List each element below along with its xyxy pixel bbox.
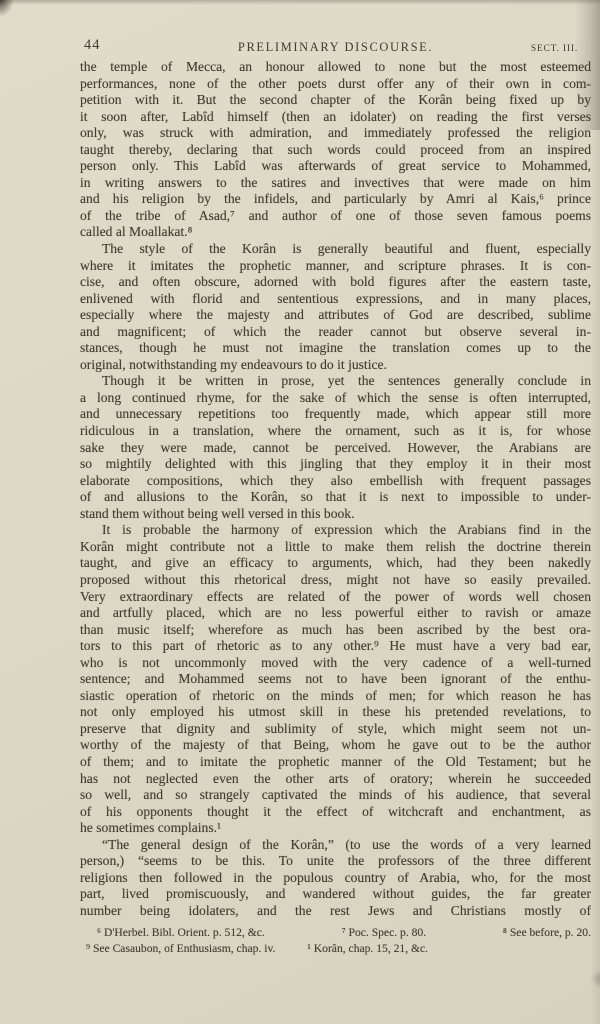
- body-text: the temple of Mecca, an honour allowed t…: [80, 59, 591, 919]
- text-line: elaborate compositions, which they also …: [80, 473, 591, 490]
- footnotes: ⁶ D'Herbel. Bibl. Orient. p. 512, &c. ⁷ …: [80, 925, 591, 957]
- text-line: he sometimes complains.¹: [80, 820, 591, 837]
- text-line: of the tribe of Asad,⁷ and author of one…: [80, 208, 591, 225]
- footnote: ⁸ See before, p. 20.: [503, 925, 591, 941]
- text-line: taught thereby, declaring that such word…: [80, 142, 591, 159]
- text-line: person,) “seems to be this. To unite the…: [80, 853, 591, 870]
- text-line: who is not uncommonly moved with the ver…: [80, 655, 591, 672]
- text-line: and artfully placed, which are no less p…: [80, 605, 591, 622]
- text-line: cise, and often obscure, adorned with bo…: [80, 274, 591, 291]
- text-line: and unnecessary repetitions too frequent…: [80, 406, 591, 423]
- text-line: in writing answers to the satires and in…: [80, 175, 591, 192]
- text-line: the temple of Mecca, an honour allowed t…: [80, 59, 591, 76]
- text-line: person only. This Labîd was afterwards o…: [80, 158, 591, 175]
- scan-patch-bottom-right: [586, 966, 600, 992]
- scan-smudge-top-left: [0, 0, 26, 30]
- text-line: worthy of the majesty of that Being, who…: [80, 737, 591, 754]
- text-line: not only employed his utmost skill in th…: [80, 704, 591, 721]
- text-line: siastic operation of rhetoric on the min…: [80, 688, 591, 705]
- text-line: of and allusions to the Korân, so that i…: [80, 489, 591, 506]
- text-line: proposed without this rhetorical dress, …: [80, 572, 591, 589]
- section-label: SECT. III.: [531, 44, 578, 54]
- text-line: number being idolaters, and the rest Jew…: [80, 903, 591, 920]
- footnote-row: ⁶ D'Herbel. Bibl. Orient. p. 512, &c. ⁷ …: [80, 925, 591, 941]
- text-line: and magnificent; of which the reader can…: [80, 324, 591, 341]
- text-line: preserve that dignity and sublimity of s…: [80, 721, 591, 738]
- footnote-row: ⁹ See Casaubon, of Enthusiasm, chap. iv.…: [80, 941, 591, 957]
- text-line: ridiculous in a translation, where the o…: [80, 423, 591, 440]
- text-line: Korân might contribute not a little to m…: [80, 539, 591, 556]
- text-line: it soon after, Labîd himself (then an id…: [80, 109, 591, 126]
- text-line: called al Moallakat.⁸: [80, 224, 591, 241]
- text-line: and his religion by the infidels, and pa…: [80, 191, 591, 208]
- text-line: The style of the Korân is generally beau…: [80, 241, 591, 258]
- page-number: 44: [84, 37, 101, 54]
- text-line: of them; and to imitate the prophetic ma…: [80, 754, 591, 771]
- text-line: stand them without being well versed in …: [80, 506, 591, 523]
- text-line: so well, and so strangely captivated the…: [80, 787, 591, 804]
- text-line: where it imitates the prophetic manner, …: [80, 258, 591, 275]
- running-title: PRELIMINARY DISCOURSE.: [80, 36, 591, 55]
- text-line: especially where the majesty and attribu…: [80, 307, 591, 324]
- scan-shade-right-edge: [590, 0, 600, 1024]
- text-line: of his opponents thought it the effect o…: [80, 804, 591, 821]
- text-line: than music itself; wherefore as much has…: [80, 622, 591, 639]
- footnote: ⁷ Poc. Spec. p. 80.: [342, 925, 427, 941]
- text-line: Though it be written in prose, yet the s…: [80, 373, 591, 390]
- text-line: only, was struck with admiration, and im…: [80, 125, 591, 142]
- page-header: 44 PRELIMINARY DISCOURSE. SECT. III.: [80, 36, 591, 56]
- text-line: sentence; and Mohammed seems not to have…: [80, 671, 591, 688]
- text-line: tors to this part of rhetoric as to any …: [80, 638, 591, 655]
- text-line: It is probable the harmony of expression…: [80, 522, 591, 539]
- text-line: has not neglected even the other arts of…: [80, 771, 591, 788]
- footnote: ⁶ D'Herbel. Bibl. Orient. p. 512, &c.: [97, 925, 265, 941]
- book-page: 44 PRELIMINARY DISCOURSE. SECT. III. the…: [0, 0, 600, 1024]
- text-line: sake they were made, cannot be perceived…: [80, 440, 591, 457]
- text-line: stances, though he must not imagine the …: [80, 340, 591, 357]
- text-line: performances, none of the other poets du…: [80, 76, 591, 93]
- scan-shade-top: [0, 0, 600, 5]
- text-line: a long continued rhyme, for the sake of …: [80, 390, 591, 407]
- footnote: ⁹ See Casaubon, of Enthusiasm, chap. iv.: [86, 941, 275, 957]
- text-line: original, notwithstanding my endeavours …: [80, 357, 591, 374]
- footnote: ¹ Korân, chap. 15, 21, &c.: [307, 941, 428, 957]
- text-line: petition with it. But the second chapter…: [80, 92, 591, 109]
- text-line: Very extraordinary effects are related o…: [80, 589, 591, 606]
- text-line: part, lived promiscuously, and wandered …: [80, 886, 591, 903]
- text-line: religions then followed in the populous …: [80, 870, 591, 887]
- text-line: enlivened with florid and sententious ex…: [80, 291, 591, 308]
- text-line: so mightily delighted with this jingling…: [80, 456, 591, 473]
- text-line: “The general design of the Korân,” (to u…: [80, 837, 591, 854]
- text-line: taught, and give an efficacy to argument…: [80, 555, 591, 572]
